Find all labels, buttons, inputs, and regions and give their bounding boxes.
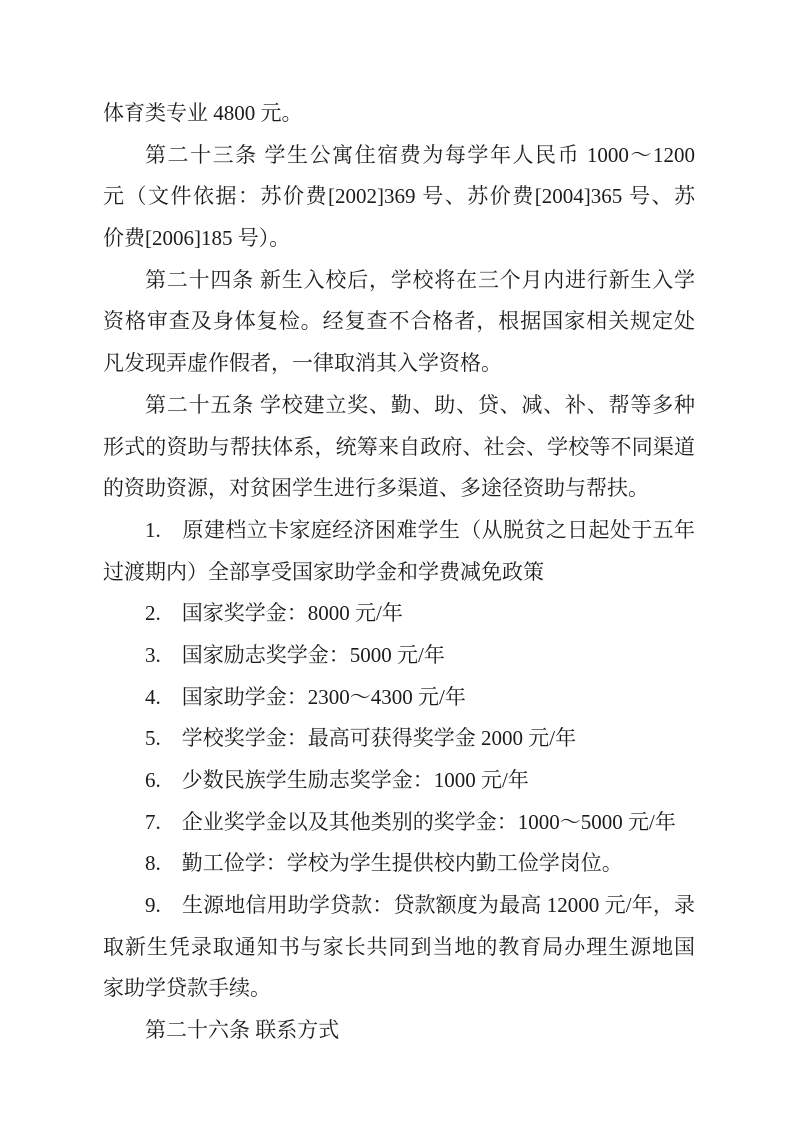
document-page: 体育类专业 4800 元。 第二十三条 学生公寓住宿费为每学年人民币 1000～… [0, 0, 793, 1122]
document-line: 形式的资助与帮扶体系，统筹来自政府、社会、学校等不同渠道 [103, 427, 695, 469]
document-line: 第二十三条 学生公寓住宿费为每学年人民币 1000～1200 [103, 135, 695, 177]
document-line: 资格审查及身体复检。经复查不合格者，根据国家相关规定处理， [103, 301, 695, 343]
document-line: 2. 国家奖学金：8000 元/年 [103, 593, 695, 635]
document-line: 取新生凭录取通知书与家长共同到当地的教育局办理生源地国 [103, 927, 695, 969]
document-line: 7. 企业奖学金以及其他类别的奖学金：1000～5000 元/年 [103, 802, 695, 844]
document-line: 凡发现弄虚作假者，一律取消其入学资格。 [103, 343, 695, 385]
document-line: 价费[2006]185 号）。 [103, 218, 695, 260]
document-line: 第二十四条 新生入校后，学校将在三个月内进行新生入学 [103, 260, 695, 302]
document-line: 4. 国家助学金：2300～4300 元/年 [103, 677, 695, 719]
document-line: 体育类专业 4800 元。 [103, 93, 695, 135]
document-line: 家助学贷款手续。 [103, 968, 695, 1010]
document-line: 9. 生源地信用助学贷款：贷款额度为最高 12000 元/年，录 [103, 885, 695, 927]
document-line: 第二十五条 学校建立奖、勤、助、贷、减、补、帮等多种 [103, 385, 695, 427]
document-body: 体育类专业 4800 元。 第二十三条 学生公寓住宿费为每学年人民币 1000～… [103, 93, 695, 1052]
document-line: 6. 少数民族学生励志奖学金：1000 元/年 [103, 760, 695, 802]
document-line: 元（文件依据：苏价费[2002]369 号、苏价费[2004]365 号、苏 [103, 176, 695, 218]
document-line: 1. 原建档立卡家庭经济困难学生（从脱贫之日起处于五年 [103, 510, 695, 552]
document-line: 第二十六条 联系方式 [103, 1010, 695, 1052]
document-line: 5. 学校奖学金：最高可获得奖学金 2000 元/年 [103, 718, 695, 760]
document-line: 8. 勤工俭学：学校为学生提供校内勤工俭学岗位。 [103, 843, 695, 885]
document-line: 3. 国家励志奖学金：5000 元/年 [103, 635, 695, 677]
document-line: 的资助资源，对贫困学生进行多渠道、多途径资助与帮扶。 [103, 468, 695, 510]
document-line: 过渡期内）全部享受国家助学金和学费减免政策 [103, 552, 695, 594]
